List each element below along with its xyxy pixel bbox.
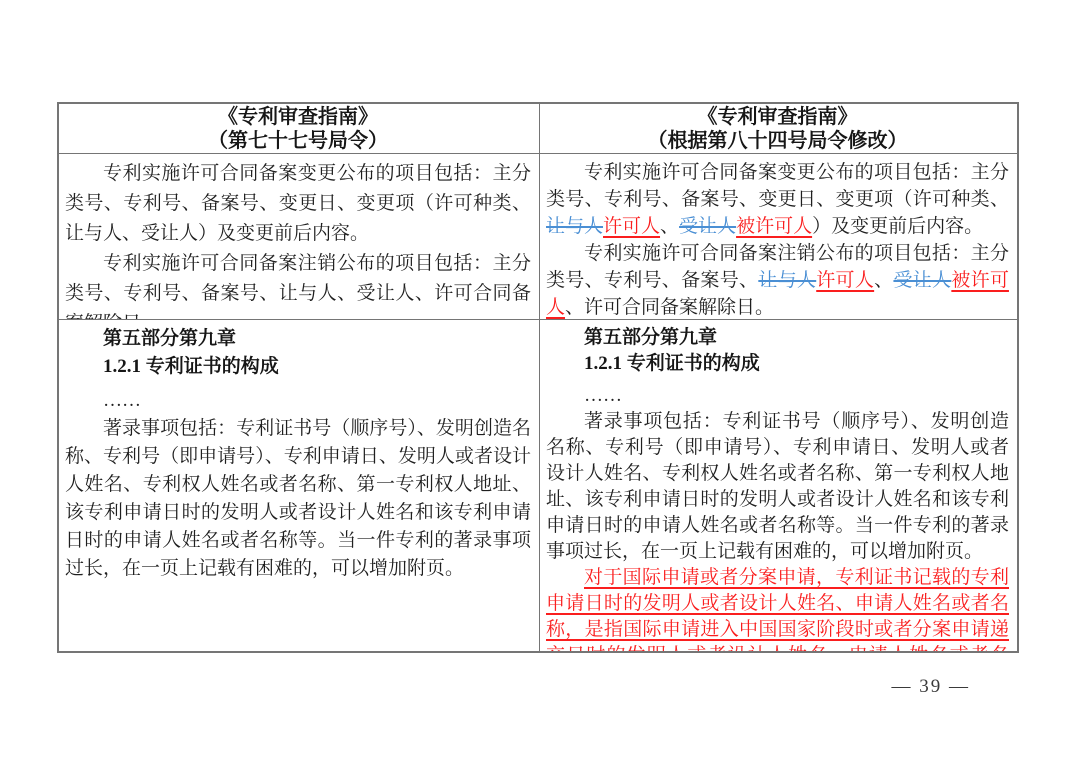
plain-text: ）及变更前后内容。 xyxy=(812,216,983,237)
license-change-paragraph-old: 专利实施许可合同备案变更公布的项目包括：主分类号、专利号、备案号、变更日、变更项… xyxy=(65,159,531,249)
section-heading-new: 1.2.1 专利证书的构成 xyxy=(546,351,1009,377)
inserted-text: 许可人 xyxy=(603,216,660,237)
inserted-text: 许可人 xyxy=(816,270,874,291)
section-heading-old: 1.2.1 专利证书的构成 xyxy=(65,353,531,381)
license-cancel-paragraph-new: 专利实施许可合同备案注销公布的项目包括：主分类号、专利号、备案号、让与人许可人、… xyxy=(546,240,1009,320)
page-number: — 39 — xyxy=(892,676,971,698)
old-version-title: 《专利审查指南》 xyxy=(218,105,378,129)
deleted-text: 受让人 xyxy=(893,270,951,291)
deleted-text: 让与人 xyxy=(546,216,603,237)
new-version-subtitle: （根据第八十四号局令修改） xyxy=(648,129,908,153)
document-page: 《专利审查指南》 （第七十七号局令） 《专利审查指南》 （根据第八十四号局令修改… xyxy=(0,0,1080,763)
certificate-cell-old: 第五部分第九章 1.2.1 专利证书的构成 …… 著录事项包括：专利证书号（顺序… xyxy=(59,320,540,651)
plain-text: 、 xyxy=(660,216,679,237)
deleted-text: 让与人 xyxy=(758,270,816,291)
certificate-cell-new: 第五部分第九章 1.2.1 专利证书的构成 …… 著录事项包括：专利证书号（顺序… xyxy=(540,320,1017,651)
revision-comparison-table: 《专利审查指南》 （第七十七号局令） 《专利审查指南》 （根据第八十四号局令修改… xyxy=(57,102,1019,653)
deleted-text: 受让人 xyxy=(679,216,736,237)
plain-text: 、许可合同备案解除日。 xyxy=(565,297,774,318)
plain-text: 专利实施许可合同备案变更公布的项目包括：主分类号、专利号、备案号、变更日、变更项… xyxy=(546,162,1009,210)
new-version-title: 《专利审查指南》 xyxy=(698,105,858,129)
ellipsis-old: …… xyxy=(65,387,531,415)
inserted-text: 被许可人 xyxy=(736,216,812,237)
chapter-heading-new: 第五部分第九章 xyxy=(546,325,1009,351)
license-record-cell-new: 专利实施许可合同备案变更公布的项目包括：主分类号、专利号、备案号、变更日、变更项… xyxy=(540,154,1017,320)
plain-text: 、 xyxy=(874,270,893,291)
inserted-international-application-paragraph: 对于国际申请或者分案申请，专利证书记载的专利申请日时的发明人或者设计人姓名、申请… xyxy=(546,565,1009,651)
old-version-subtitle: （第七十七号局令） xyxy=(208,129,388,153)
license-change-paragraph-new: 专利实施许可合同备案变更公布的项目包括：主分类号、专利号、备案号、变更日、变更项… xyxy=(546,159,1009,240)
header-cell-old-version: 《专利审查指南》 （第七十七号局令） xyxy=(59,104,540,154)
header-cell-new-version: 《专利审查指南》 （根据第八十四号局令修改） xyxy=(540,104,1017,154)
license-record-cell-old: 专利实施许可合同备案变更公布的项目包括：主分类号、专利号、备案号、变更日、变更项… xyxy=(59,154,540,320)
ellipsis-new: …… xyxy=(546,383,1009,409)
bibliographic-items-paragraph-old: 著录事项包括：专利证书号（顺序号）、发明创造名称、专利号（即申请号）、专利申请日… xyxy=(65,415,531,583)
license-cancel-paragraph-old: 专利实施许可合同备案注销公布的项目包括：主分类号、专利号、备案号、让与人、受让人… xyxy=(65,249,531,320)
bibliographic-items-paragraph-new: 著录事项包括：专利证书号（顺序号）、发明创造名称、专利号（即申请号）、专利申请日… xyxy=(546,409,1009,565)
chapter-heading-old: 第五部分第九章 xyxy=(65,325,531,353)
